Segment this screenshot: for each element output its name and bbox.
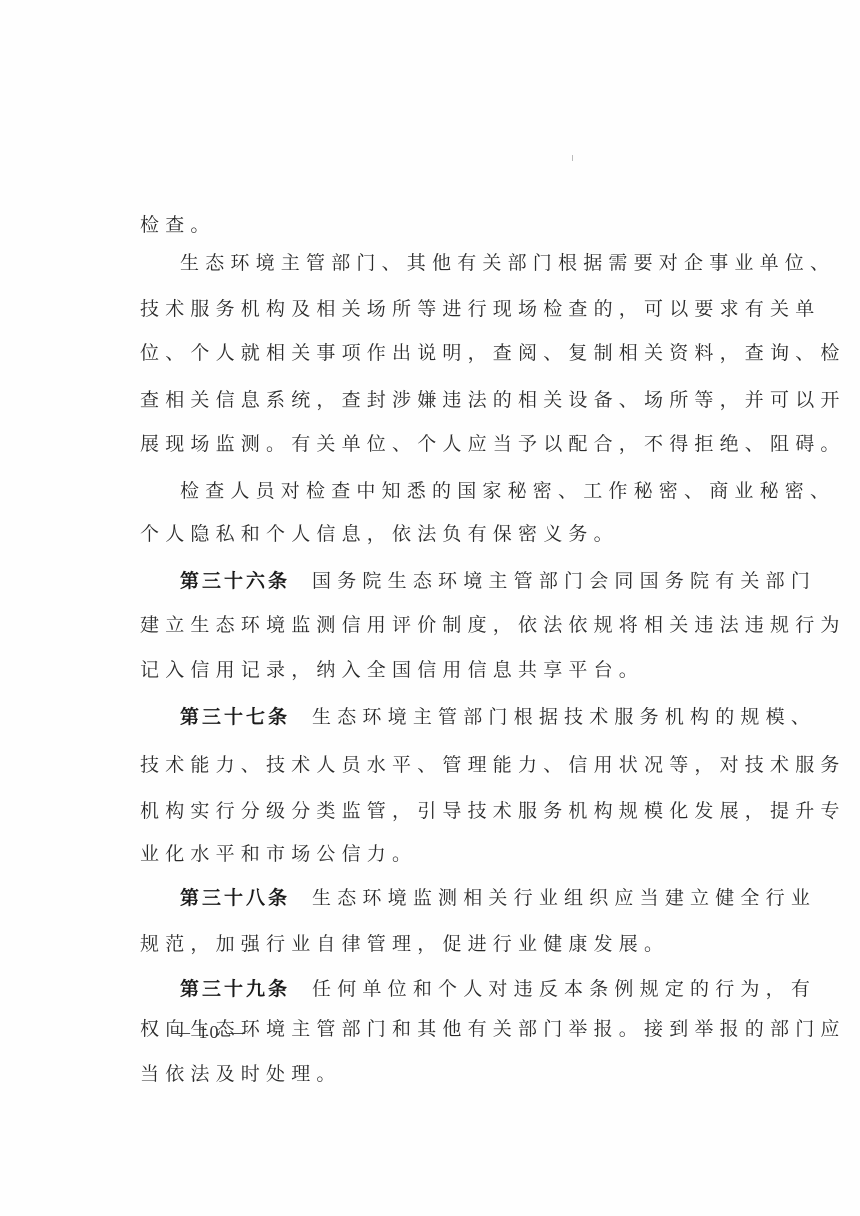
article-37-title: 第三十七条: [180, 706, 290, 728]
article-37-first-line: 第三十七条生态环境主管部门根据技术服务机构的规模、: [180, 703, 816, 731]
page-number: — 10 —: [172, 1022, 247, 1043]
document-page: 检查。 生态环境主管部门、其他有关部门根据需要对企事业单位、 技术服务机构及相关…: [0, 0, 860, 1216]
text-line: 记入信用记录，纳入全国信用信息共享平台。: [140, 656, 644, 684]
text-line: 生态环境主管部门、其他有关部门根据需要对企事业单位、: [180, 249, 835, 277]
text-line: 检查人员对检查中知悉的国家秘密、工作秘密、商业秘密、: [180, 477, 835, 505]
text-line: 个人隐私和个人信息，依法负有保密义务。: [140, 520, 619, 548]
article-36-first-line: 第三十六条国务院生态环境主管部门会同国务院有关部门: [180, 567, 816, 595]
article-36-text: 国务院生态环境主管部门会同国务院有关部门: [312, 570, 816, 592]
text-line: 规范，加强行业自律管理，促进行业健康发展。: [140, 930, 669, 958]
text-line: 展现场监测。有关单位、个人应当予以配合，不得拒绝、阻碍。: [140, 430, 846, 458]
article-38-title: 第三十八条: [180, 887, 290, 909]
text-line: 当依法及时处理。: [140, 1060, 342, 1088]
text-line: 检查。: [140, 211, 216, 239]
text-line: 建立生态环境监测信用评价制度，依法依规将相关违法违规行为: [140, 611, 846, 639]
text-line: 查相关信息系统，查封涉嫌违法的相关设备、场所等，并可以开: [140, 386, 846, 414]
article-39-first-line: 第三十九条任何单位和个人对违反本条例规定的行为，有: [180, 975, 816, 1003]
article-37-text: 生态环境主管部门根据技术服务机构的规模、: [312, 706, 816, 728]
article-39-text: 任何单位和个人对违反本条例规定的行为，有: [312, 978, 816, 1000]
text-line: 机构实行分级分类监管，引导技术服务机构规模化发展，提升专: [140, 797, 846, 825]
text-line: 业化水平和市场公信力。: [140, 840, 417, 868]
scan-mark: [572, 155, 573, 161]
text-line: 位、个人就相关事项作出说明，查阅、复制相关资料，查询、检: [140, 339, 846, 367]
article-38-text: 生态环境监测相关行业组织应当建立健全行业: [312, 887, 816, 909]
article-39-title: 第三十九条: [180, 978, 290, 1000]
article-38-first-line: 第三十八条生态环境监测相关行业组织应当建立健全行业: [180, 884, 816, 912]
text-line: 技术服务机构及相关场所等进行现场检查的，可以要求有关单: [140, 295, 820, 323]
text-line: 技术能力、技术人员水平、管理能力、信用状况等，对技术服务: [140, 751, 846, 779]
article-36-title: 第三十六条: [180, 570, 290, 592]
